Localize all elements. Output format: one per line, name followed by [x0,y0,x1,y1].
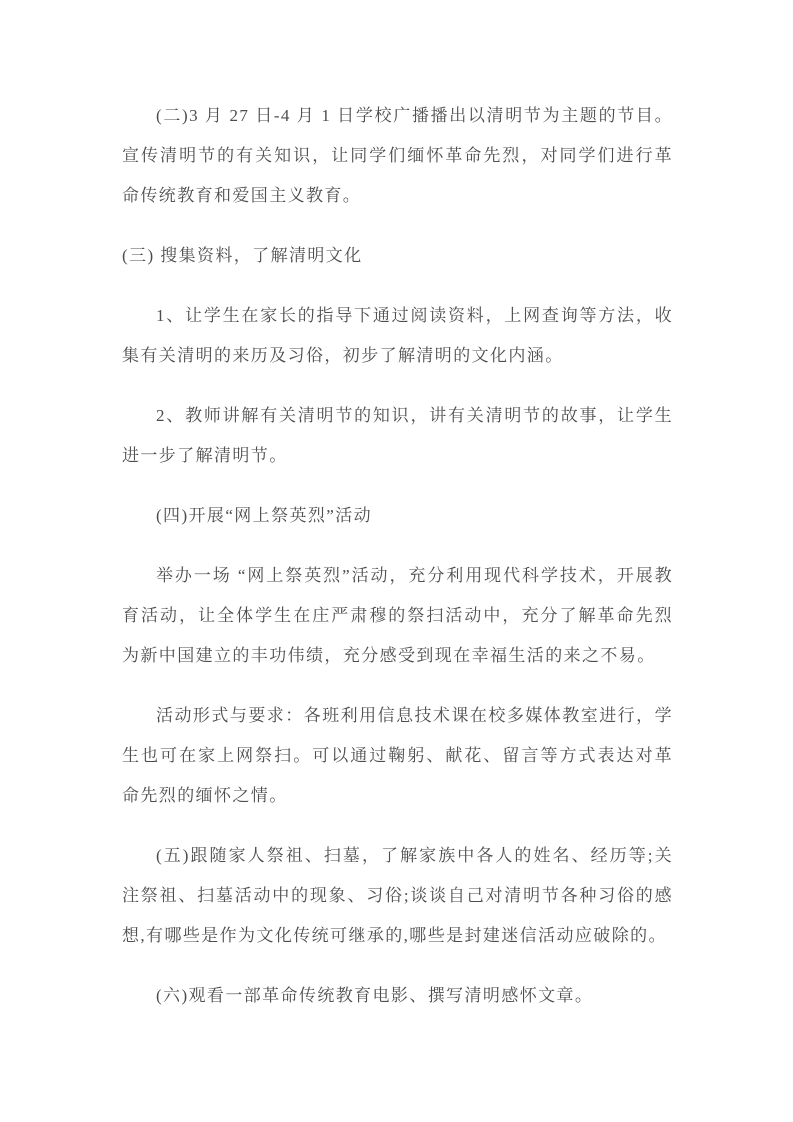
paragraph-section-6-movie-essay: (六)观看一部革命传统教育电影、撰写清明感怀文章。 [122,976,673,1016]
document-text-block: (二)3 月 27 日-4 月 1 日学校广播播出以清明节为主题的节目。宣传清明… [122,96,673,1036]
paragraph-activity-requirements: 活动形式与要求：各班利用信息技术课在校多媒体教室进行，学生也可在家上网祭扫。可以… [122,696,673,816]
paragraph-section-3-heading: (三) 搜集资料，了解清明文化 [122,236,673,276]
paragraph-section-4-heading: (四)开展“网上祭英烈”活动 [122,496,673,536]
paragraph-item-2-teacher-explain: 2、教师讲解有关清明节的知识，讲有关清明节的故事，让学生进一步了解清明节。 [122,396,673,476]
paragraph-item-1-collect-info: 1、让学生在家长的指导下通过阅读资料，上网查询等方法，收集有关清明的来历及习俗，… [122,296,673,376]
paragraph-section-2-broadcast: (二)3 月 27 日-4 月 1 日学校广播播出以清明节为主题的节目。宣传清明… [122,96,673,216]
paragraph-section-5-family-rituals: (五)跟随家人祭祖、扫墓，了解家族中各人的姓名、经历等;关注祭祖、扫墓活动中的现… [122,836,673,956]
paragraph-online-memorial-activity: 举办一场 “网上祭英烈”活动，充分利用现代科学技术，开展教育活动，让全体学生在庄… [122,556,673,676]
document-page: (二)3 月 27 日-4 月 1 日学校广播播出以清明节为主题的节目。宣传清明… [0,0,793,1122]
